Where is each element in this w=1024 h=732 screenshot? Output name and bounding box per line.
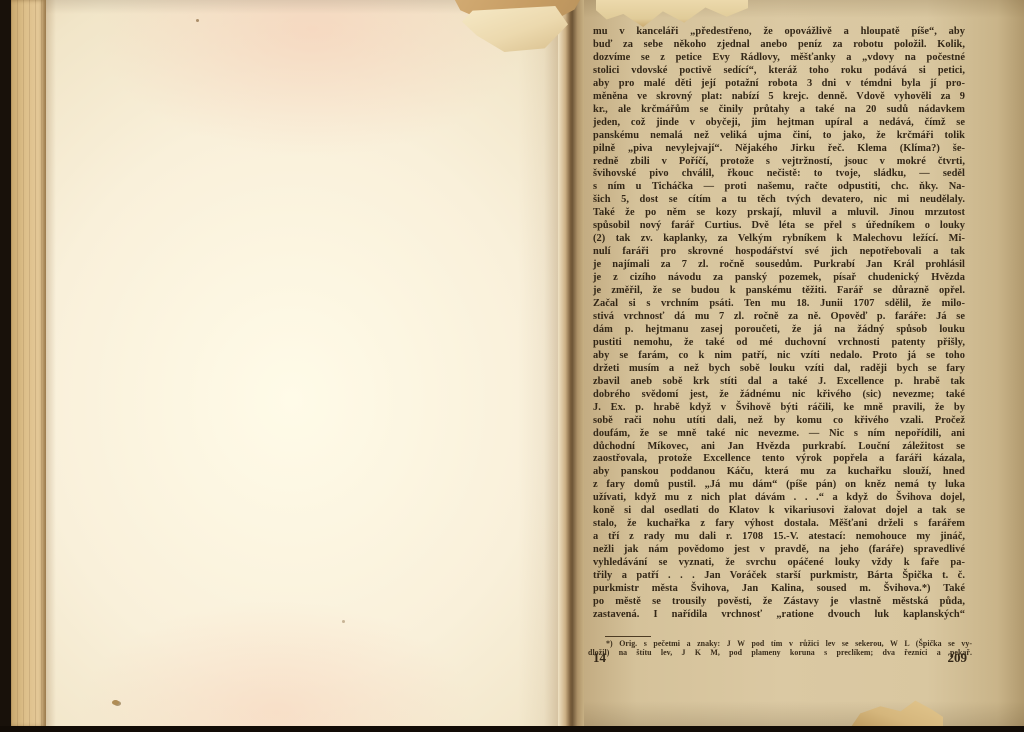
text-line: nežli jak nám povědomo jest v pravdě, na… [593, 544, 965, 557]
text-line: aby pro malé děti její potažní robota 3 … [593, 78, 965, 91]
text-line: kr., ale krčmářům se činily průtahy a ta… [593, 104, 965, 117]
text-line: panskému nemalá než veliká ujma činí, to… [593, 130, 965, 143]
text-line: nulí faráři pro skrovné hospodářství své… [593, 246, 965, 259]
footnote-separator [605, 636, 651, 637]
text-line: vyhledávání se vyznati, že svrchu opáčen… [593, 557, 965, 570]
text-line: švihovské pivo chválil, řkouc nečistě: t… [593, 168, 965, 181]
text-line: Začal si s vrchním psáti. Ten mu 18. Jun… [593, 298, 965, 311]
text-line: spůsobil nový farář Curtius. Dvě léta se… [593, 220, 965, 233]
text-line: je z cizího návodu za panský pozemek, pí… [593, 272, 965, 285]
text-line: dám p. hejtmanu zasej poroučeti, že já n… [593, 324, 965, 337]
text-line: po městě se trousily pověsti, že Zástavy… [593, 596, 965, 609]
text-line: buď za sebe někoho zjednal anebo peníz z… [593, 39, 965, 52]
book-spread-photo: mu v kanceláři „předestřeno, že opovážli… [0, 0, 1024, 732]
text-line: (2) tak zv. kaplanky, za Velkým rybníkem… [593, 233, 965, 246]
text-line: jeden, což jinde v obyčeji, jim hejtman … [593, 117, 965, 130]
text-line: zaostřovala, protože Excellence tento vý… [593, 453, 965, 466]
text-line: důchodní Míkovec, ani Jan Hvězda purkrab… [593, 441, 965, 454]
book-page-stack-edge [11, 0, 46, 727]
text-line: koně si dal osedlati do Klatov k vikariu… [593, 505, 965, 518]
text-line: purkmistr města Švihova, Jan Kalina, sou… [593, 583, 965, 596]
footnote-line: *) Orig. s pečetmi a znaky: J W pod tím … [588, 639, 972, 648]
text-line: měněna ve skrovný plat: nabízí 5 krejc. … [593, 91, 965, 104]
text-line: redně zbili v Poříčí, protože s vejtržno… [593, 156, 965, 169]
text-line: z fary domů pustil. „Já mu dám“ (píše pá… [593, 479, 965, 492]
text-line: je najímali za 7 zl. ročně sousedům. Pur… [593, 259, 965, 272]
right-printed-page: mu v kanceláři „předestřeno, že opovážli… [584, 0, 1024, 727]
text-line: užívati, když mu z nich plat dávám . . .… [593, 492, 965, 505]
page-body-text: mu v kanceláři „předestřeno, že opovážli… [593, 26, 965, 622]
text-line: je změřil, že se budou k panskému těžiti… [593, 285, 965, 298]
text-line: zbavil aneb sobě krk stíti dal a také J.… [593, 376, 965, 389]
text-line: třily a patří . . . Jan Voráček starší p… [593, 570, 965, 583]
left-blank-page [46, 0, 558, 727]
text-line: stolici vdovské poctivě sedící“, kteráž … [593, 65, 965, 78]
photo-bottom-edge [0, 726, 1024, 732]
book-gutter [558, 0, 584, 732]
text-line: dozvíme se z petice Evy Rádlovy, měšťank… [593, 52, 965, 65]
text-line: pustiti nemohu, že také od mé duchovní v… [593, 337, 965, 350]
paper-speck [196, 19, 199, 22]
text-line: doufám, že se mně také nic nevezme. — Ni… [593, 428, 965, 441]
text-line: Také že po něm se kozy prskají, mluvil a… [593, 207, 965, 220]
text-line: držeti musím a než bych sobě louku vzíti… [593, 363, 965, 376]
text-line: mu v kanceláři „předestřeno, že opovážli… [593, 26, 965, 39]
text-line: s ním u Ticháčka — proti našemu, račte o… [593, 181, 965, 194]
text-line: a tří z rady mu dali r. 1708 15.-V. ates… [593, 531, 965, 544]
text-line: sobě rači nohu utíti dali, než by komu c… [593, 415, 965, 428]
page-footer: 14 209 [593, 650, 967, 666]
sheet-number: 14 [593, 650, 606, 666]
text-line: šich 5, dost se cítím a tu těch tvých de… [593, 194, 965, 207]
page-number: 209 [948, 650, 968, 666]
text-line: stalo, že kuchařka z fary výhost dostala… [593, 518, 965, 531]
text-line: stivá vrchnosť dá mu 7 zl. ročně za ně. … [593, 311, 965, 324]
paper-speck [342, 620, 345, 623]
text-line: dobrého svědomí jest, že žádnému nic kři… [593, 389, 965, 402]
paper-speck [112, 700, 119, 705]
text-line: aby se farám, co k nim patří, nic vzíti … [593, 350, 965, 363]
text-line: zastavená. I nařídila vrchnosť „ratione … [593, 609, 965, 622]
text-line: aby panskou poddanou Káču, která mu za k… [593, 466, 965, 479]
text-line: J. Ex. p. hrabě když v Švihově býti ráči… [593, 402, 965, 415]
text-line: pilně „piva nevylejvají“. Nějakého Jirku… [593, 143, 965, 156]
